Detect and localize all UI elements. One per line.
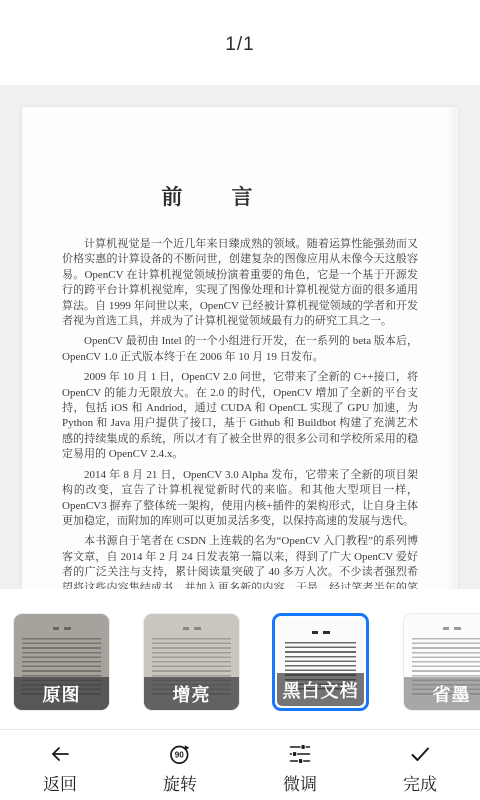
document-title: 前 言 (22, 181, 432, 211)
mini-page-title-marks (53, 627, 71, 630)
rotate-button-label: 旋转 (163, 770, 197, 795)
tune-sliders-icon (288, 742, 312, 766)
filter-thumbnail-preview: 省墨 (404, 614, 480, 710)
done-button[interactable]: 完成 (360, 730, 480, 800)
mini-page-title-marks (312, 631, 330, 634)
filter-thumbnail-preview: 黑白文档 (277, 618, 364, 706)
filter-option-ink-saving[interactable]: 省墨 (403, 613, 480, 711)
fine-tune-button[interactable]: 微调 (240, 730, 360, 800)
scanned-page[interactable]: 前 言 计算机视觉是一个近几年来日臻成熟的领域。随着运算性能强劲而又价格实惠的计… (22, 107, 458, 589)
header-bar: 1/1 (0, 0, 480, 85)
bottom-toolbar: 返回 90 旋转 微调 完成 (0, 729, 480, 800)
svg-text:90: 90 (175, 751, 185, 760)
mini-page-title-marks (443, 627, 461, 630)
page-indicator: 1/1 (225, 34, 254, 56)
back-button[interactable]: 返回 (0, 730, 120, 800)
document-preview-area: 前 言 计算机视觉是一个近几年来日臻成熟的领域。随着运算性能强劲而又价格实惠的计… (0, 85, 480, 589)
mini-page-title-marks (183, 627, 201, 630)
filter-option-label: 黑白文档 (277, 673, 364, 706)
filter-option-brighten[interactable]: 增亮 (143, 613, 240, 711)
rotate-90-icon: 90 (168, 742, 192, 766)
document-body: 计算机视觉是一个近几年来日臻成熟的领域。随着运算性能强劲而又价格实惠的计算设备的… (62, 237, 418, 589)
document-paragraph: 2009 年 10 月 1 日，OpenCV 2.0 问世，它带来了全新的 C+… (62, 370, 418, 462)
document-paragraph: 2014 年 8 月 21 日，OpenCV 3.0 Alpha 发布，它带来了… (62, 468, 418, 530)
document-paragraph: OpenCV 最初由 Intel 的一个小组进行开发，在一系列的 beta 版本… (62, 334, 418, 365)
done-button-label: 完成 (403, 770, 437, 795)
check-icon (408, 742, 432, 766)
document-paragraph: 计算机视觉是一个近几年来日臻成熟的领域。随着运算性能强劲而又价格实惠的计算设备的… (62, 237, 418, 329)
filter-option-label: 省墨 (404, 677, 480, 710)
back-arrow-icon (48, 742, 72, 766)
fine-tune-button-label: 微调 (283, 770, 317, 795)
rotate-button[interactable]: 90 旋转 (120, 730, 240, 800)
filter-thumbnail-preview: 增亮 (144, 614, 239, 710)
document-paragraph: 本书源自于笔者在 CSDN 上连载的名为“OpenCV 入门教程”的系列博客文章… (62, 534, 418, 589)
filter-strip: 原图 增亮 黑白文档 省墨 (0, 589, 480, 729)
filter-option-bw-document[interactable]: 黑白文档 (272, 613, 369, 711)
filter-option-original[interactable]: 原图 (13, 613, 110, 711)
filter-option-label: 增亮 (144, 677, 239, 710)
back-button-label: 返回 (43, 770, 77, 795)
filter-option-label: 原图 (14, 677, 109, 710)
filter-thumbnail-preview: 原图 (14, 614, 109, 710)
